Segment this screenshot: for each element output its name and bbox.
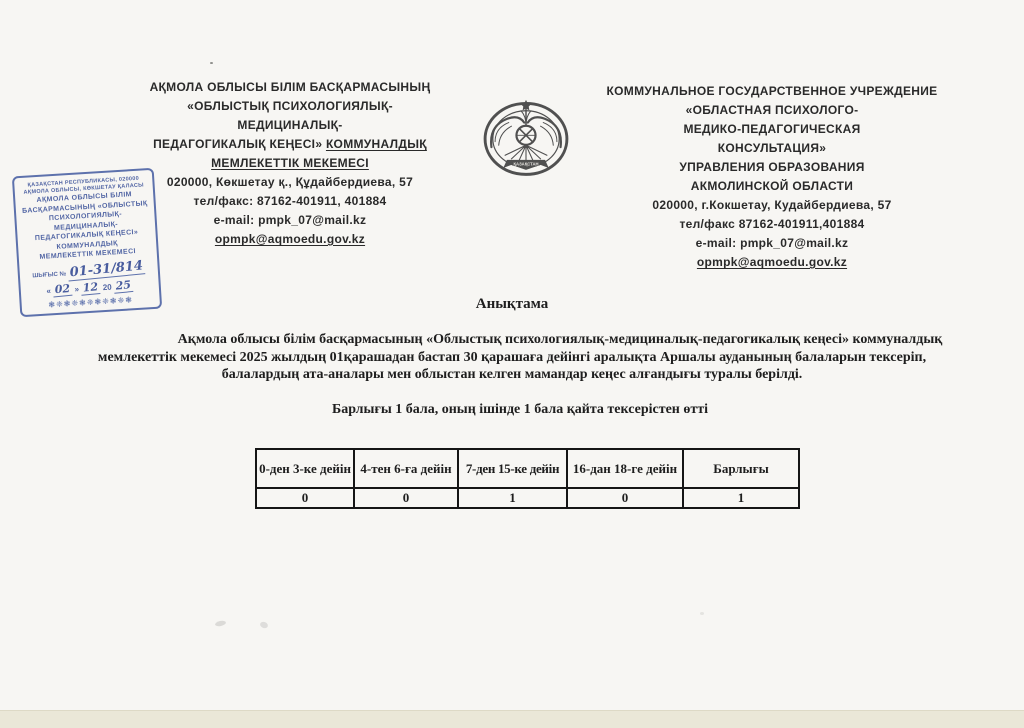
table-header-cell: 16-дан 18-ге дейін [567,449,683,488]
table-header-cell: 7-ден 15-ке дейін [458,449,567,488]
letterhead-line: МЕДИКО-ПЕДАГОГИЧЕСКАЯ [597,120,947,139]
letterhead-line: «ОБЛАСТНАЯ ПСИХОЛОГО- [597,101,947,120]
letterhead-phone: тел/факс: 87162-401911, 401884 [120,192,460,211]
letterhead-line-part-underlined: КОММУНАЛДЫҚ [326,137,427,151]
letterhead-line-part: ПЕДАГОГИКАЛЫҚ КЕҢЕСІ» [153,137,326,151]
stamp-date-month-handwritten: 12 [81,279,102,295]
table-value-row: 0 0 1 0 1 [256,488,799,508]
table-header-row: 0-ден 3-ке дейін 4-тен 6-ға дейін 7-ден … [256,449,799,488]
kazakhstan-emblem-icon: ҚАЗАҚСТАН [480,98,572,178]
scan-speck [215,620,227,627]
scanned-document-page: АҚМОЛА ОБЛЫСЫ БІЛІМ БАСҚАРМАСЫНЫҢ «ОБЛЫС… [0,0,1024,728]
body-line: балалардың ата-аналары мен облыстан келг… [40,366,984,384]
body-line: мемлекеттік мекемесі 2025 жылдың 01қараш… [40,349,984,367]
table-value-cell: 0 [354,488,458,508]
quote-mark: » [74,284,79,293]
table-value-cell: 0 [256,488,354,508]
summary-line: Барлығы 1 бала, оның ішінде 1 бала қайта… [0,402,1024,418]
quote-mark: « [46,286,51,295]
letterhead-email: e-mail: pmpk_07@mail.kz [597,234,947,253]
scan-speck [259,621,269,629]
scan-speck [700,612,704,615]
letterhead-line: МЕМЛЕКЕТТІК МЕКЕМЕСІ [120,154,460,173]
letterhead-line: АКМОЛИНСКОЙ ОБЛАСТИ [597,177,947,196]
stamp-date-year-handwritten: 25 [113,277,134,293]
letterhead-russian: КОММУНАЛЬНОЕ ГОСУДАРСТВЕННОЕ УЧРЕЖДЕНИЕ … [597,82,947,272]
letterhead-line: АҚМОЛА ОБЛЫСЫ БІЛІМ БАСҚАРМАСЫНЫҢ [120,78,460,97]
letterhead-line: КОММУНАЛЬНОЕ ГОСУДАРСТВЕННОЕ УЧРЕЖДЕНИЕ [597,82,947,101]
emblem-banner-text: ҚАЗАҚСТАН [514,162,539,167]
letterhead-line: МЕДИЦИНАЛЫҚ- [120,116,460,135]
letterhead-line: ПЕДАГОГИКАЛЫҚ КЕҢЕСІ» КОММУНАЛДЫҚ [120,135,460,154]
letterhead-email: e-mail: pmpk_07@mail.kz [120,211,460,230]
registration-stamp: ҚАЗАҚСТАН РЕСПУБЛИКАСЫ, 020000 АҚМОЛА ОБ… [12,168,162,317]
table-header-cell: 0-ден 3-ке дейін [256,449,354,488]
document-title: Анықтама [0,296,1024,313]
stamp-outgoing-label: ШЫҒЫС № [32,271,66,279]
scan-speck [210,62,213,64]
age-groups-table: 0-ден 3-ке дейін 4-тен 6-ға дейін 7-ден … [255,448,800,509]
stamp-date-year-prefix: 20 [102,282,111,292]
letterhead-phone: тел/факс 87162-401911,401884 [597,215,947,234]
body-line: Ақмола облысы білім басқармасының «Облыс… [40,331,984,349]
letterhead-email-2: opmpk@aqmoedu.gov.kz [597,253,947,272]
stamp-date-day-handwritten: 02 [52,281,73,297]
table-value-cell: 0 [567,488,683,508]
letterhead-line: «ОБЛЫСТЫҚ ПСИХОЛОГИЯЛЫҚ- [120,97,460,116]
scanner-edge-strip [0,710,1024,728]
letterhead-address: 020000, г.Кокшетау, Кудайбердиева, 57 [597,196,947,215]
letterhead-address: 020000, Көкшетау қ., Құдайбердиева, 57 [120,173,460,192]
letterhead-email-2: opmpk@aqmoedu.gov.kz [120,230,460,249]
table-value-cell: 1 [458,488,567,508]
letterhead-line: КОНСУЛЬТАЦИЯ» [597,139,947,158]
letterhead-line: УПРАВЛЕНИЯ ОБРАЗОВАНИЯ [597,158,947,177]
table-header-cell: 4-тен 6-ға дейін [354,449,458,488]
body-paragraph: Ақмола облысы білім басқармасының «Облыс… [40,331,984,384]
table-value-cell: 1 [683,488,799,508]
letterhead-kazakh: АҚМОЛА ОБЛЫСЫ БІЛІМ БАСҚАРМАСЫНЫҢ «ОБЛЫС… [120,78,460,249]
table-header-cell: Барлығы [683,449,799,488]
